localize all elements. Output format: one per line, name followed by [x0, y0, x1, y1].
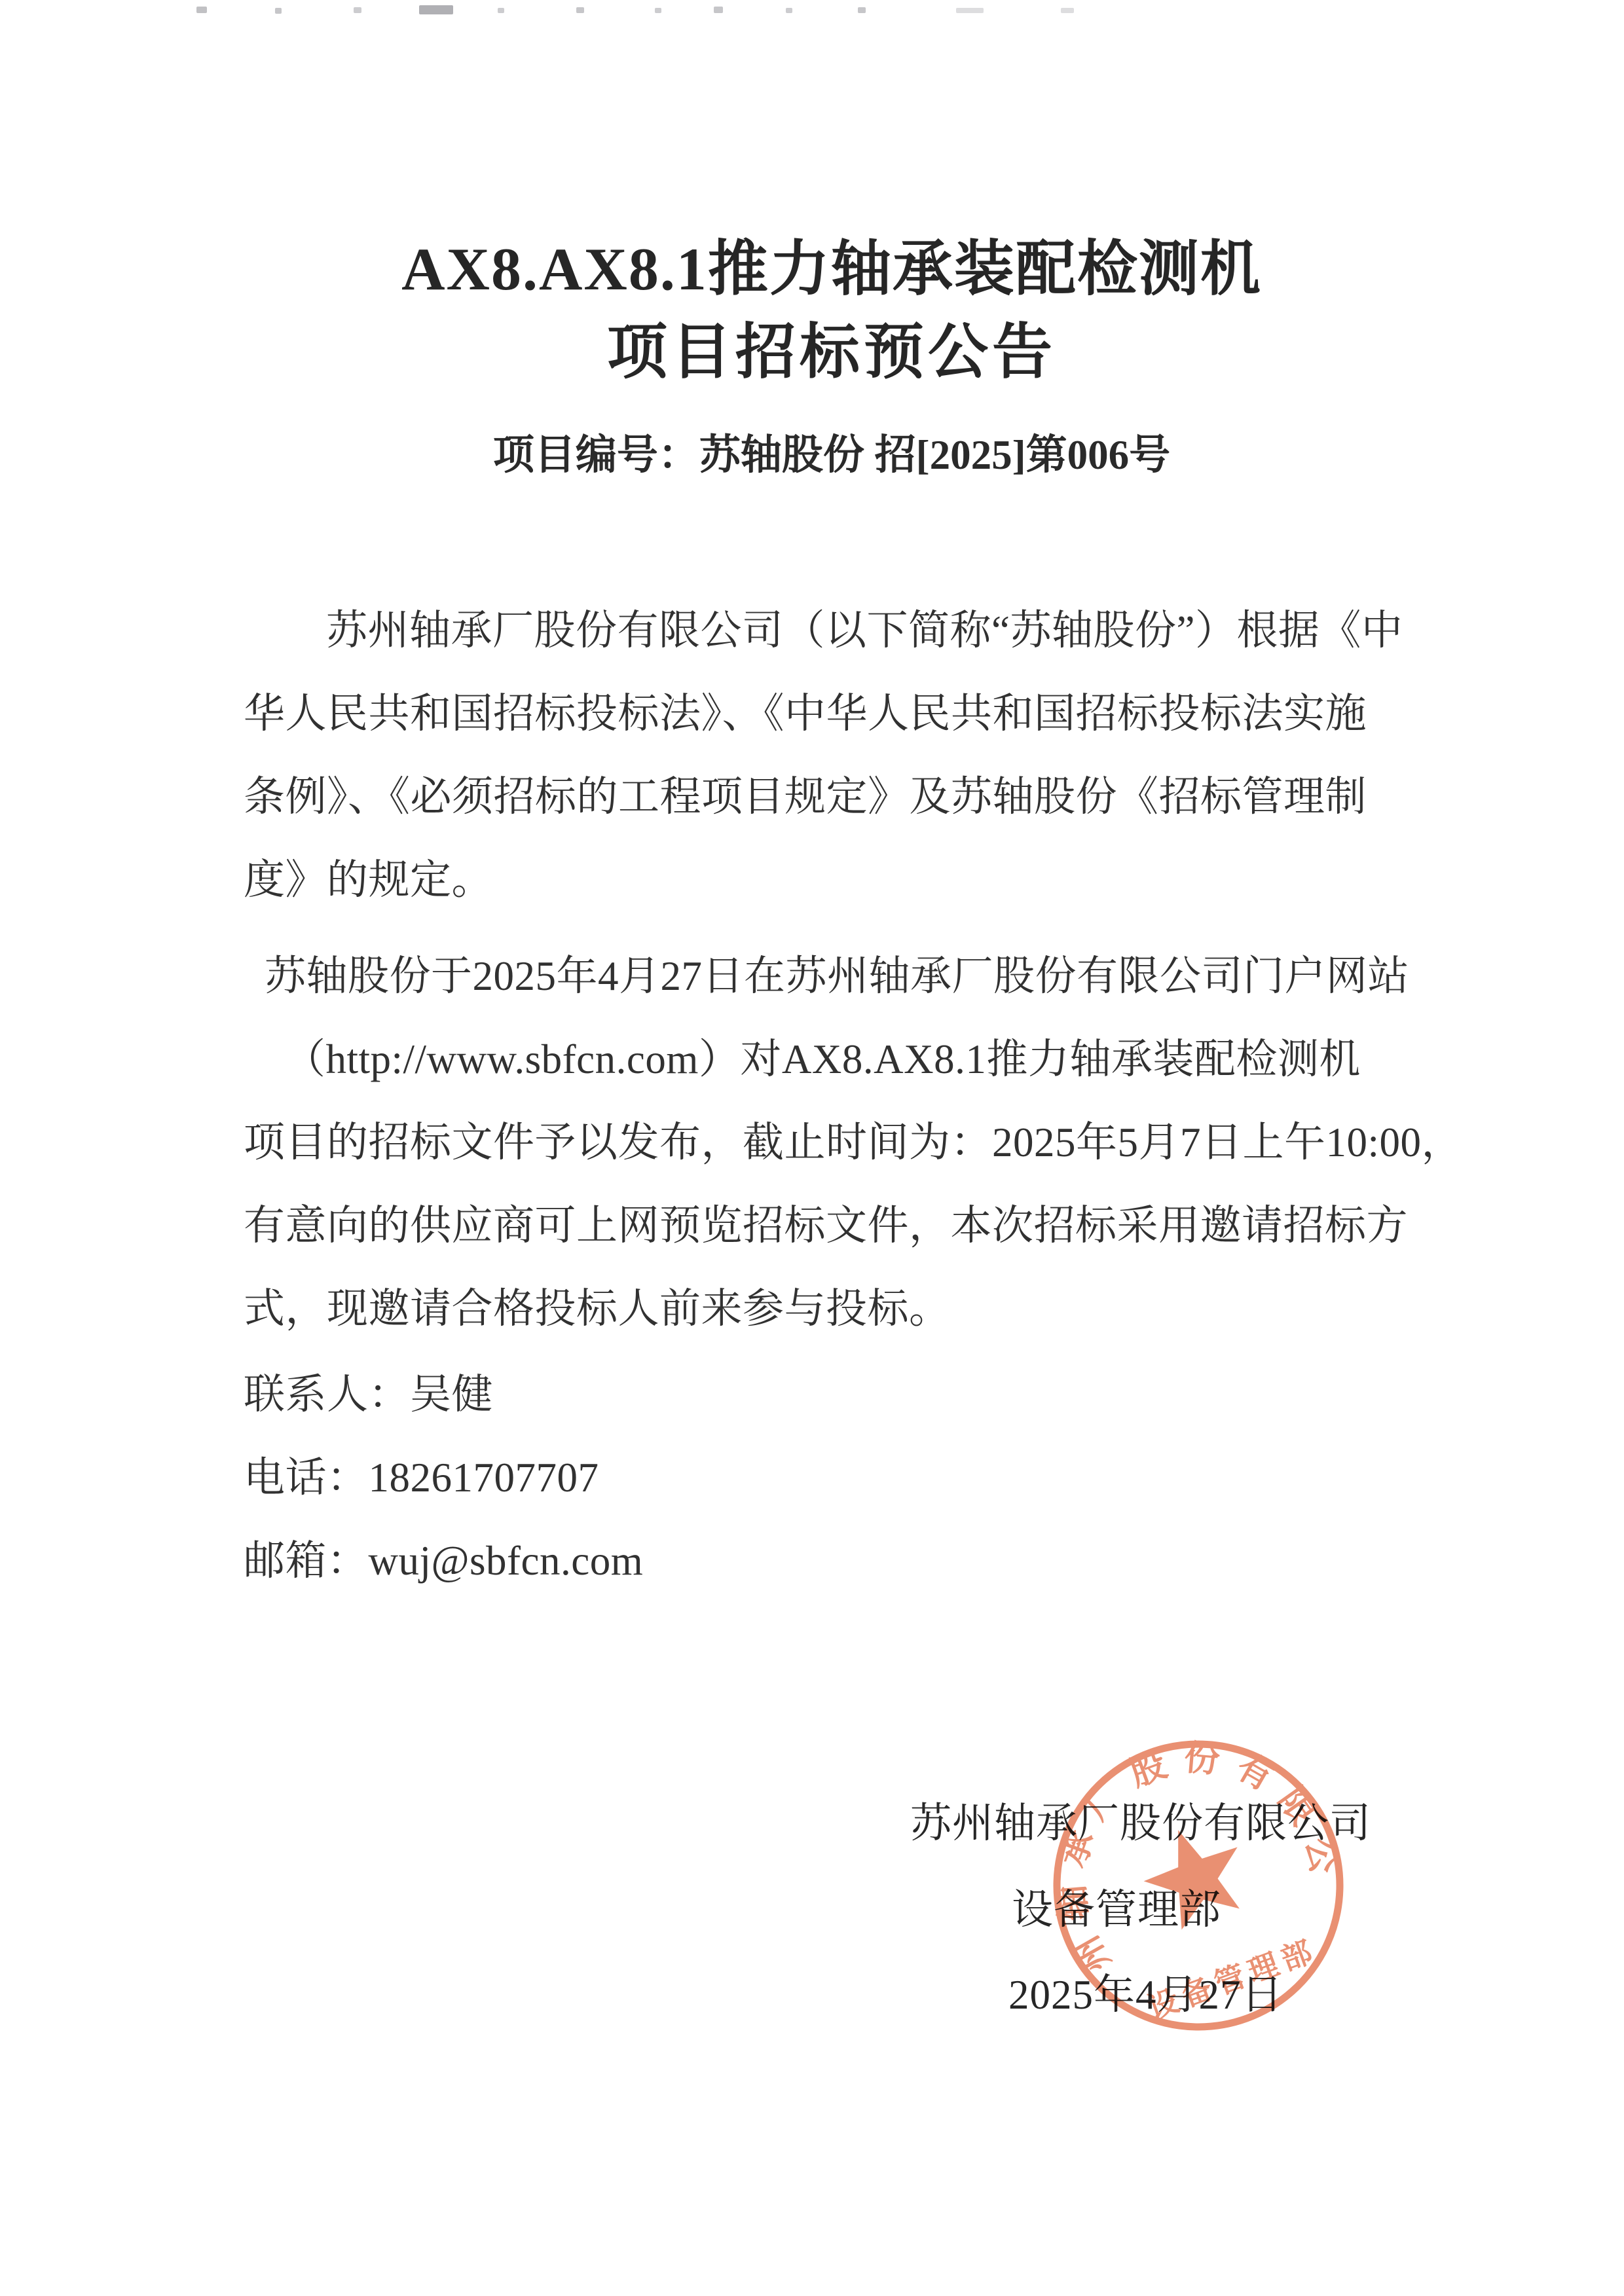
scan-artifact: [714, 7, 723, 13]
body-line: （http://www.sbfcn.com）对AX8.AX8.1推力轴承装配检测…: [244, 1038, 1361, 1081]
scan-artifact: [196, 7, 207, 13]
contact-phone-line: 电话：18261707707: [244, 1456, 599, 1499]
document-page: AX8.AX8.1推力轴承装配检测机 项目招标预公告 项目编号：苏轴股份 招[2…: [0, 0, 1624, 2296]
document-title-line2: 项目招标预公告: [0, 322, 1624, 382]
body-line: 有意向的供应商可上网预览招标文件，本次招标采用邀请招标方: [244, 1204, 1408, 1247]
signature-date: 2025年4月27日: [1008, 1973, 1283, 2016]
scan-artifact: [498, 8, 504, 13]
signature-company: 苏州轴承厂股份有限公司: [910, 1802, 1371, 1845]
signature-department: 设备管理部: [1012, 1888, 1221, 1931]
body-line: 苏州轴承厂股份有限公司（以下简称“苏轴股份”）根据《中: [244, 609, 1403, 652]
scan-artifact: [354, 7, 361, 13]
scan-artifact: [419, 5, 453, 14]
scan-artifact: [655, 8, 661, 13]
scan-artifact: [786, 8, 792, 13]
scan-artifact: [956, 8, 984, 13]
body-line: 度》的规定。: [244, 858, 493, 902]
contact-email-line: 邮箱：wuj@sbfcn.com: [244, 1539, 643, 1582]
document-title-line1: AX8.AX8.1推力轴承装配检测机: [0, 239, 1624, 299]
scan-artifact: [858, 7, 866, 13]
body-line: 式，现邀请合格投标人前来参与投标。: [244, 1287, 951, 1330]
body-line: 项目的招标文件予以发布，截止时间为：2025年5月7日上午10:00，: [244, 1121, 1463, 1164]
project-number: 项目编号：苏轴股份 招[2025]第006号: [0, 435, 1624, 476]
body-line: 华人民共和国招标投标法》、《中华人民共和国招标投标法实施: [244, 692, 1367, 735]
contact-person-line: 联系人：吴健: [244, 1373, 493, 1416]
scan-artifact: [1061, 8, 1074, 13]
body-line: 条例》、《必须招标的工程项目规定》及苏轴股份《招标管理制: [244, 775, 1367, 818]
scan-artifact: [275, 8, 282, 14]
scan-artifact: [576, 7, 584, 13]
seal-arc-text: 苏州轴承厂股份有限公司: [1028, 1715, 1354, 1982]
body-line: 苏轴股份于2025年4月27日在苏州轴承厂股份有限公司门户网站: [244, 955, 1409, 998]
